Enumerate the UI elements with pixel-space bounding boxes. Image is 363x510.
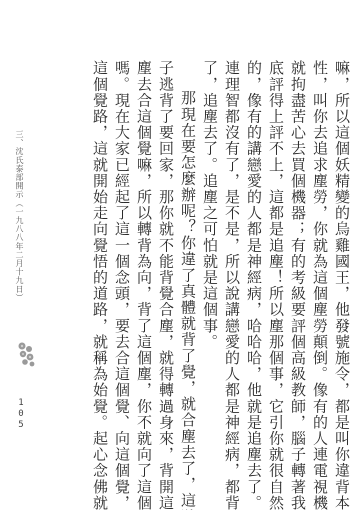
text-column-2: 性，叫你去追求塵勞，你就為這個塵勞顛倒。像有的人連電視機， (309, 60, 331, 500)
text-column-6: 連理智都沒有了，是不是，所以說講戀愛的人都是神經病，都背覺 (221, 60, 243, 500)
text-column-5: 的，像有的講戀愛的人都是神經病，哈哈哈，他就是追塵去了。那 (243, 60, 265, 500)
body-text: 嘛，所以這個妖精變的烏雞國王，他發號施令，都是叫你違背本 性，叫你去追求塵勞，你… (89, 60, 353, 500)
text-column-8: 那現在要怎麼辦呢？你違了真體就背了覺，就合塵去了，這遊 (177, 60, 199, 500)
page-number: 105 (16, 398, 26, 431)
text-column-4: 底評得上評不上，這都是追塵！所以塵那個事，它引你就很自然 (265, 60, 287, 500)
book-page: 嘛，所以這個妖精變的烏雞國王，他發號施令，都是叫你違背本 性，叫你去追求塵勞，你… (0, 0, 363, 510)
text-column-9: 子逃背了要回家，那你就不能背覺合塵，就得轉過身來，背開這個 (155, 60, 177, 500)
text-column-12: 這個覺路，這就開始走向覺悟的道路，就稱為始覺。起心念佛就方 (89, 60, 111, 500)
text-column-11: 嗎。現在大家已經起了這一個念頭，要去合這個覺、向這個覺，求 (111, 60, 133, 500)
text-column-3: 就拘盡苦心去買個機器；有的考級要評個高級教師，腦子轉著我到 (287, 60, 309, 500)
text-column-10: 塵去合這個覺嘛，所以轉背為向，背了這個塵，你不就向了這個覺 (133, 60, 155, 500)
text-column-1: 嘛，所以這個妖精變的烏雞國王，他發號施令，都是叫你違背本 (331, 60, 353, 500)
floral-ornament-icon (14, 340, 38, 368)
text-column-7: 了，追塵去了。追塵之可怕就是這個事。 (199, 60, 221, 500)
running-head: 三、沈氏泰部開示（一九八八年二月十九日） (14, 130, 25, 302)
